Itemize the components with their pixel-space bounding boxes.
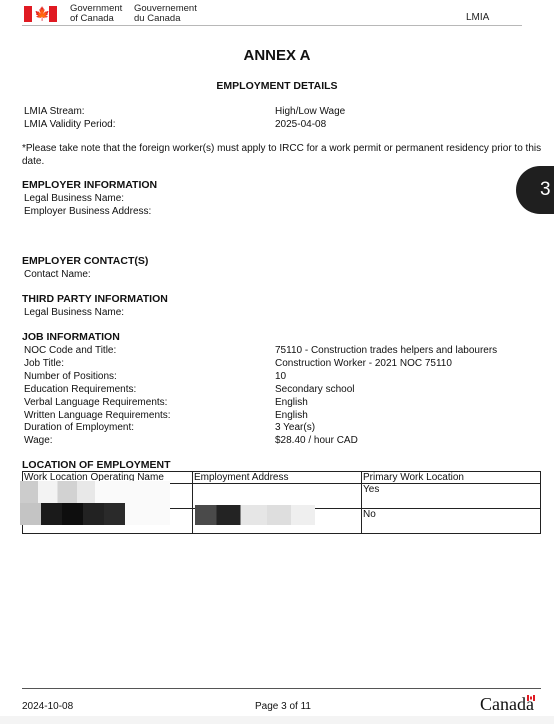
column-header-primary: Primary Work Location (362, 472, 541, 484)
employer-information-heading: EMPLOYER INFORMATION (22, 179, 157, 191)
header-divider (22, 25, 522, 26)
job-field-value: 10 (275, 370, 286, 383)
job-field-value: $28.40 / hour CAD (275, 434, 358, 447)
lmia-validity-label: LMIA Validity Period: (24, 118, 116, 131)
page-number-badge: 3 (516, 166, 554, 214)
job-field-value: English (275, 396, 308, 409)
lmia-stream-label: LMIA Stream: (24, 105, 85, 118)
page-title: ANNEX A (0, 47, 554, 64)
header-document-type: LMIA (466, 12, 489, 23)
employer-address-label: Employer Business Address: (24, 205, 151, 218)
job-field-label: Wage: (24, 434, 53, 447)
wordmark-flag-icon (527, 695, 535, 701)
job-field-label: NOC Code and Title: (24, 344, 116, 357)
lmia-validity-value: 2025-04-08 (275, 118, 326, 131)
job-field-label: Job Title: (24, 357, 64, 370)
page-subtitle: EMPLOYMENT DETAILS (0, 80, 554, 92)
location-heading: LOCATION OF EMPLOYMENT (22, 459, 171, 471)
job-field-label: Written Language Requirements: (24, 409, 171, 422)
redacted-employment-address (195, 505, 315, 525)
primary-location-cell: No (362, 509, 541, 534)
job-information-heading: JOB INFORMATION (22, 331, 120, 343)
wordmark-text: Canada (480, 694, 534, 714)
government-of-canada-en: Government of Canada (70, 4, 122, 24)
job-field-value: 3 Year(s) (275, 421, 315, 434)
gov-en-line2: of Canada (70, 14, 122, 24)
footer-page-number: Page 3 of 11 (0, 701, 554, 712)
ircc-note: *Please take note that the foreign worke… (22, 143, 547, 168)
job-field-value: Secondary school (275, 383, 355, 396)
contact-name-label: Contact Name: (24, 268, 91, 281)
canada-flag-icon: 🍁 (24, 6, 57, 22)
job-field-label: Duration of Employment: (24, 421, 134, 434)
primary-location-cell: Yes (362, 484, 541, 509)
job-field-value: Construction Worker - 2021 NOC 75110 (275, 357, 452, 370)
job-field-value: 75110 - Construction trades helpers and … (275, 344, 497, 357)
column-header-address: Employment Address (193, 472, 362, 484)
government-of-canada-fr: Gouvernement du Canada (134, 4, 197, 24)
canada-wordmark: Canada (480, 694, 534, 715)
job-field-label: Education Requirements: (24, 383, 136, 396)
third-party-heading: THIRD PARTY INFORMATION (22, 293, 168, 305)
employer-contacts-heading: EMPLOYER CONTACT(S) (22, 255, 148, 267)
redacted-operating-name (20, 481, 170, 525)
job-field-label: Verbal Language Requirements: (24, 396, 167, 409)
gov-fr-line2: du Canada (134, 14, 197, 24)
footer-divider (22, 688, 541, 689)
job-field-value: English (275, 409, 308, 422)
lmia-stream-value: High/Low Wage (275, 105, 345, 118)
legal-business-name-label: Legal Business Name: (24, 192, 124, 205)
page-bottom-edge (0, 716, 554, 724)
job-field-label: Number of Positions: (24, 370, 117, 383)
third-party-legal-name-label: Legal Business Name: (24, 306, 124, 319)
